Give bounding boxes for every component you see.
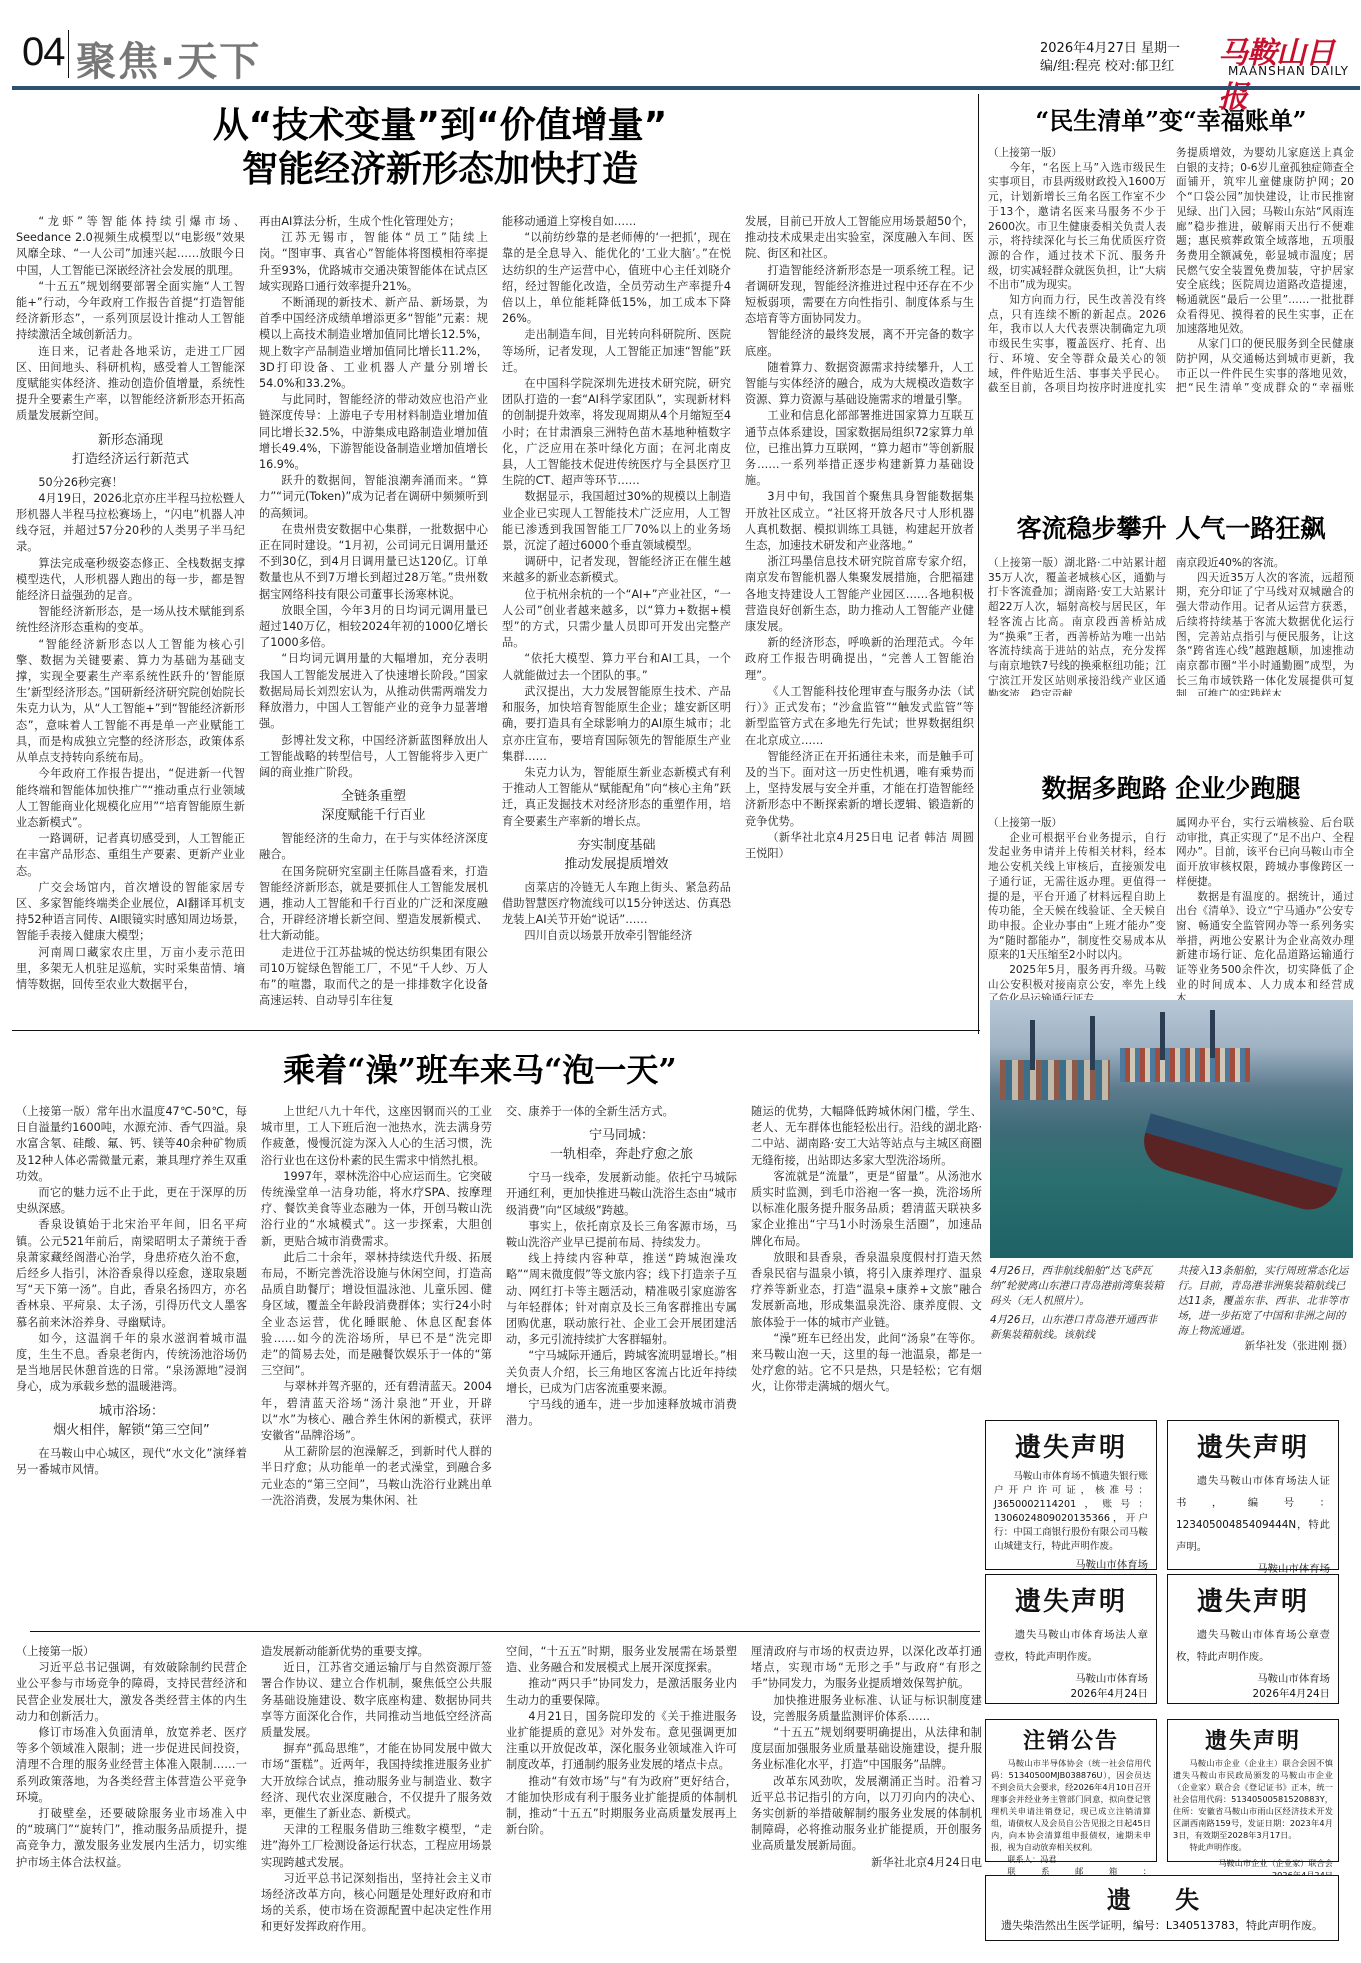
page-number-divider	[68, 30, 69, 78]
paragraph: 能移动通道上穿梭自如……	[502, 214, 731, 230]
paragraph: 属网办平台，实行云端核验、后台联动审批，真正实现了“足不出户、全程网办”。目前，…	[1176, 816, 1354, 890]
paragraph: 在贵州贵安数据中心集群，一批数据中心正在同时建设。“1月初，公司词元日调用量还不…	[259, 522, 488, 603]
paragraph: 如今，这温润千年的泉水滋润着城市温度，生生不息。香泉老街内，传统汤池浴场仍是当地…	[16, 1331, 247, 1396]
paragraph: 天津的工程服务借助三维数字模型，“走进”海外工厂检测设备运行状态，工程应用场景实…	[261, 1822, 492, 1871]
zao-col-3: 交、康养于一体的全新生活方式。 宁马同城： 一轨相牵，奔赴疗愈之旅 宁马一线牵，…	[506, 1104, 737, 1604]
shuju-col-1: （上接第一版） 企业可根据平台业务提示，自行发起业务申请并上传相关材料，经本地公…	[988, 816, 1166, 1016]
notice-title: 遗失声明	[1176, 1581, 1330, 1618]
paragraph: 宁马一线牵，发展新动能。依托宁马城际开通红利，更加快推进马鞍山洗浴生态由“城市级…	[506, 1170, 737, 1219]
caption-text: 4月26日，西非航线船舶“达飞萨瓦纳”轮驶离山东港口青岛港前湾集装箱码头（无人机…	[990, 1264, 1166, 1309]
notice-lost-2: 遗失声明 遗失马鞍山市体育场法人证书，编号：12340500485409444N…	[1167, 1420, 1339, 1570]
notice-signer: 马鞍山市企业（企业家）联合会	[1173, 1857, 1333, 1869]
paragraph: 打破壁垒，还要破除服务业市场准入中的“玻璃门”“旋转门”，推动服务品质提升，提高…	[16, 1806, 247, 1871]
paragraph: 四川自贡以场景开放牵引智能经济	[502, 928, 731, 944]
paragraph: 浙江玛墨信息技术研究院首席专家介绍，南京发布智能机器人集聚发展措施，合肥福建各地…	[745, 554, 974, 635]
continued-label: （上接第一版）	[988, 816, 1166, 831]
section-title: 聚焦·天下	[76, 30, 261, 87]
paragraph: 改革东风劲吹，发展潮涌正当时。沿着习近平总书记指引的方向，以刀刃向内的决心、务实…	[751, 1774, 982, 1855]
zao-body: （上接第一版）常年出水温度47℃-50℃，每日自溢量约1600吨，水源充沛、香气…	[16, 1104, 982, 1604]
byline: 新华社北京4月24日电	[751, 1855, 982, 1871]
paragraph: 推动“有效市场”与“有为政府”更好结合，才能加快形成有利于服务业扩能提质的体制机…	[506, 1774, 737, 1839]
paragraph: 交、康养于一体的全新生活方式。	[506, 1104, 737, 1120]
paragraph: 《人工智能科技伦理审查与服务办法（试行）》正式发布；“沙盒监管”“触发式监管”等…	[745, 684, 974, 749]
paragraph: 习近平总书记强调，有效破除制约民营企业公平参与市场竞争的障碍，支持民营经济和民营…	[16, 1660, 247, 1725]
paragraph: 智能经济正在开拓通往未来，而是触手可及的当下。面对这一历史性机遇，唯有乘势而上，…	[745, 749, 974, 830]
notice-signer: 马鞍山市体育场	[1176, 1672, 1330, 1687]
paragraph: 随运的优势，大幅降低跨城休闲门槛，学生、老人、无车群体也能轻松出行。沿线的湖北路…	[751, 1104, 982, 1169]
paragraph: 不断涌现的新技术、新产品、新场景，为首季中国经济成绩单增添更多“智能”元素：规模…	[259, 295, 488, 392]
paragraph: 今年政府工作报告提出，“促进新一代智能终端和智能体加快推广”“推动重点行业领域人…	[16, 766, 245, 831]
subhead: 新形态涌现 打造经济运行新范式	[16, 431, 245, 469]
section-divider	[30, 1631, 980, 1632]
keliu-headline: 客流稳步攀升 人气一路狂飙	[988, 512, 1354, 546]
paragraph: 宁马线的通车，进一步加速释放城市消费潜力。	[506, 1397, 737, 1429]
paragraph: 数据是有温度的。据统计，通过出台《清单》、设立“宁马通办”公安专窗、畅通安全监管…	[1176, 890, 1354, 1008]
paragraph: “智能经济新形态以人工智能为核心引擎、数据为关键要素、算力为基础为基础支撑，实现…	[16, 637, 245, 767]
shuju-col-2: 属网办平台，实行云端核验、后台联动审批，真正实现了“足不出户、全程网办”。目前，…	[1176, 816, 1354, 1016]
paragraph: 走进位于江苏盐城的悦达纺织集团有限公司10万锭绿色智能工厂，不见“千人纱、万人布…	[259, 945, 488, 1010]
paragraph: 与此同时，智能经济的带动效应也沿产业链深度传导：上游电子专用材料制造业增加值同比…	[259, 392, 488, 473]
paragraph: 习近平总书记深刻指出，坚持社会主义市场经济改革方向，核心问题是处理好政府和市场的…	[261, 1871, 492, 1936]
paragraph: 而它的魅力远不止于此，更在于深厚的历史纵深感。	[16, 1185, 247, 1217]
subhead-line: 打造经济运行新范式	[16, 450, 245, 469]
paragraph: 调研中，记者发现，智能经济正在催生越来越多的新业态新模式。	[502, 554, 731, 586]
paragraph: 智能经济的生命力，在于与实体经济深度融合。	[259, 831, 488, 863]
section-divider	[12, 1030, 980, 1031]
paragraph: 客流就是“流量”，更是“留量”。从汤池水质实时监测，到毛巾浴袍一客一换，洗浴场所…	[751, 1169, 982, 1250]
paragraph: 河南周口藏家农庄里，万亩小麦示范田里，多架无人机驻足巡航，实时采集苗情、墒情等数…	[16, 945, 245, 994]
notice-signer: 马鞍山市体育场	[994, 1672, 1148, 1687]
paragraph: 放眼和县香泉，香泉温泉度假村打造天然香泉民宿与温泉小镇，将引入康养理疗、温泉疗养…	[751, 1250, 982, 1331]
byline: （新华社北京4月25日电 记者 韩洁 周圆 王悦阳）	[745, 830, 974, 862]
paragraph: 彭博社发文称，中国经济新蓝图释放出人工智能战略的转型信号，人工智能将步入更广阔的…	[259, 733, 488, 782]
zao-col-1: （上接第一版）常年出水温度47℃-50℃，每日自溢量约1600吨，水源充沛、香气…	[16, 1104, 247, 1604]
paragraph: 从工薪阶层的泡澡解乏，到新时代人群的半日疗愈；从功能单一的老式澡堂，到融合多元业…	[261, 1444, 492, 1509]
notice-deregistration: 注销公告 马鞍山市半导体协会（统一社会信用代码：51340500MJB03887…	[985, 1719, 1157, 1862]
subhead: 夯实制度基础 推动发展提质增效	[502, 836, 731, 874]
paragraph: 务提质增效，为婴幼儿家庭送上真金白银的支持；0-6岁儿童孤独症筛查全面铺开，筑牢…	[1176, 146, 1354, 337]
notice-body: 马鞍山市企业（企业主）联合会因不慎遗失马鞍山市民政局颁发的马鞍山市企业（企业家）…	[1173, 1757, 1333, 1841]
paragraph: 近日，江苏省交通运输厅与自然资源厅签署合作协议、建立合作机制，聚焦低空公共服务基…	[261, 1660, 492, 1741]
paragraph: “依托大模型、算力平台和AI工具，一个人就能做过去一个团队的事。”	[502, 651, 731, 683]
notice-date: 2026年4月24日	[1176, 1687, 1330, 1702]
paragraph: 厘清政府与市场的权责边界，以深化改革打通堵点，实现市场“无形之手”与政府“有形之…	[751, 1644, 982, 1693]
paragraph: “宁马城际开通后，跨城客流明显增长。”相关负责人介绍，长三角地区客流占比近年持续…	[506, 1348, 737, 1397]
paragraph: 江苏无锡市，智能体“员工”陆续上岗。“图审事、真省心”智能体将图模相符率提升至9…	[259, 230, 488, 295]
minsheng-headline: “民生清单”变“幸福账单”	[988, 104, 1354, 138]
lead-headline: 从“技术变量”到“价值增量” 智能经济新形态加快打造	[140, 104, 740, 192]
paragraph: 空间，“十五五”时期，服务业发展需在场景塑造、业务融合和发展模式上展开深度探索。	[506, 1644, 737, 1676]
paragraph: 智能经济新形态，是一场从技术赋能到系统性经济形态重构的变革。	[16, 604, 245, 636]
paragraph: “龙虾”等智能体持续引爆市场、Seedance 2.0视频生成模型以“电影级”效…	[16, 214, 245, 279]
paragraph: 打造智能经济新形态是一项系统工程。记者调研发现，智能经济推进过程中还存在不少短板…	[745, 263, 974, 328]
paragraph: （上接第一版）常年出水温度47℃-50℃，每日自溢量约1600吨，水源充沛、香气…	[16, 1104, 247, 1185]
bottom-story-body: （上接第一版） 习近平总书记强调，有效破除制约民营企业公平参与市场竞争的障碍，支…	[16, 1644, 982, 1954]
notice-title: 遗失声明	[1173, 1724, 1333, 1755]
paragraph: 四天近35万人次的客流，远超预期，充分印证了宁马线对双城融合的强大带动作用。记者…	[1176, 571, 1354, 696]
paragraph: 1997年，翠林洗浴中心应运而生。它突破传统澡堂单一洁身功能，将水疗SPA、按摩…	[261, 1169, 492, 1250]
notice-contact: 联系人：冯君	[991, 1853, 1151, 1865]
container-stack	[1120, 1048, 1250, 1082]
subhead: 宁马同城： 一轨相牵，奔赴疗愈之旅	[506, 1126, 737, 1164]
notice-lost-3: 遗失声明 遗失马鞍山市体育场法人章壹枚，特此声明作废。 马鞍山市体育场 2026…	[985, 1574, 1157, 1704]
paragraph: “澡”班车已经出发，此间“汤泉”在等你。来马鞍山泡一天，这里的每一池温泉，都是一…	[751, 1331, 982, 1396]
paragraph: （上接第一版）湖北路·二中站累计超35万人次，覆盖老城核心区，通勤与打卡客流叠加…	[988, 556, 1166, 696]
paragraph: 发展，目前已开放人工智能应用场景超50个，推动技术成果走出实验室，深度融入车间、…	[745, 214, 974, 263]
paragraph: 上世纪八九十年代，这座因钢而兴的工业城市里，工人下班后泡一池热水，洗去满身劳作疲…	[261, 1104, 492, 1169]
continued-label: （上接第一版）	[988, 146, 1166, 161]
subhead-line: 城市浴场：	[16, 1402, 247, 1421]
notice-title: 遗失声明	[994, 1427, 1148, 1464]
paragraph: 企业可根据平台业务提示，自行发起业务申请并上传相关材料，经本地公安机关线上审核后…	[988, 831, 1166, 963]
port-crane	[1090, 1016, 1095, 1070]
subhead-line: 宁马同城：	[506, 1126, 737, 1145]
issue-meta: 2026年4月27日 星期一 编/组:程亮 校对:郁卫红	[1040, 40, 1180, 76]
notice-body: 马鞍山市半导体协会（统一社会信用代码：51340500MJB038876U），因…	[991, 1757, 1151, 1853]
lead-col-1: “龙虾”等智能体持续引爆市场、Seedance 2.0视频生成模型以“电影级”效…	[16, 214, 245, 1024]
paragraph: 走出制造车间，目光转向科研院所、医院等场所，记者发现，人工智能正加速“智能”跃迁…	[502, 327, 731, 376]
editor-credits: 编/组:程亮 校对:郁卫红	[1040, 58, 1180, 76]
bottom-col-3: 空间，“十五五”时期，服务业发展需在场景塑造、业务融合和发展模式上展开深度探索。…	[506, 1644, 737, 1954]
paragraph: 香泉设镇始于北宋治平年间，旧名平疴镇。公元521年前后，南梁昭明太子萧统于香泉萧…	[16, 1217, 247, 1330]
paragraph: 从家门口的便民服务到全民健康防护网，从交通畅达到城市更新，我市正以一件件民生实事…	[1176, 337, 1354, 396]
bottom-col-1: （上接第一版） 习近平总书记强调，有效破除制约民营企业公平参与市场竞争的障碍，支…	[16, 1644, 247, 1954]
notice-title: 注销公告	[991, 1724, 1151, 1755]
paragraph: 南京段近40%的客流。	[1176, 556, 1354, 571]
keliu-body: （上接第一版）湖北路·二中站累计超35万人次，覆盖老城核心区，通勤与打卡客流叠加…	[988, 556, 1354, 696]
lead-col-3: 能移动通道上穿梭自如…… “以前纺纱靠的是老师傅的‘一把抓’，现在靠的是全息导入…	[502, 214, 731, 1024]
paragraph: 算法完成毫秒级姿态修正、全栈数据支撑模型迭代，人形机器人跑出的每一步，都是智能经…	[16, 556, 245, 605]
paragraph: “日均词元调用量的大幅增加，充分表明我国人工智能发展进入了快速增长阶段。”国家数…	[259, 651, 488, 732]
bottom-col-2: 造发展新动能新优势的重要支撑。 近日，江苏省交通运输厅与自然资源厅签署合作协议、…	[261, 1644, 492, 1954]
notice-title: 遗失声明	[1176, 1427, 1330, 1464]
subhead-line: 推动发展提质增效	[502, 855, 731, 874]
paragraph: 推动“两只手”协同发力，是激活服务业内生动力的重要保障。	[506, 1676, 737, 1708]
paragraph: 一路调研，记者真切感受到，人工智能正在丰富产品形态、重组生产要素、更新产业业态。	[16, 831, 245, 880]
caption-text: 共接入13条船舶，实行周班常态化运行。目前，青岛港非洲集装箱航线已达11条，覆盖…	[1178, 1264, 1354, 1339]
notice-title: 遗失声明	[994, 1581, 1148, 1618]
port-crane	[1160, 1012, 1165, 1060]
paragraph: 此后二十余年，翠林持续迭代升级、拓展布局，不断完善洗浴设施与休闲空间，打造高品质…	[261, 1250, 492, 1380]
paragraph: 4月21日，国务院印发的《关于推进服务业扩能提质的意见》对外发布。意见强调更加注…	[506, 1709, 737, 1774]
notice-lost-5: 遗失声明 马鞍山市企业（企业主）联合会因不慎遗失马鞍山市民政局颁发的马鞍山市企业…	[1167, 1719, 1339, 1862]
paragraph: 武汉提出，大力发展智能原生技术、产品和服务，加快培育智能原生企业；雄安新区明确，…	[502, 684, 731, 765]
notice-date: 2026年4月24日	[994, 1687, 1148, 1702]
issue-date: 2026年4月27日 星期一	[1040, 40, 1180, 58]
port-crane	[1210, 1010, 1215, 1058]
paragraph: 数据显示，我国超过30%的规模以上制造业企业已实现人工智能技术广泛应用，人工智能…	[502, 489, 731, 554]
keliu-col-1: （上接第一版）湖北路·二中站累计超35万人次，覆盖老城核心区，通勤与打卡客流叠加…	[988, 556, 1166, 696]
paragraph: 广交会场馆内，首次增设的智能家居专区、多家智能终端类企业展位，AI翻译耳机支持5…	[16, 880, 245, 945]
paragraph: 再由AI算法分析，生成个性化管理处方；	[259, 214, 488, 230]
notice-body: 遗失马鞍山市体育场法人证书，编号：12340500485409444N，特此声明…	[1176, 1470, 1330, 1558]
subhead-line: 夯实制度基础	[502, 836, 731, 855]
photo-caption: 4月26日，西非航线船舶“达飞萨瓦纳”轮驶离山东港口青岛港前湾集装箱码头（无人机…	[990, 1264, 1353, 1354]
paragraph: 智能经济的最终发展，离不开完备的数字底座。	[745, 327, 974, 359]
port-crane	[1030, 1020, 1035, 1070]
subhead-line: 全链条重塑	[259, 787, 488, 806]
minsheng-col-1: （上接第一版） 今年，“名医上马”入选市级民生实事项目，市县两级财政投入1600…	[988, 146, 1166, 396]
paragraph: 在中国科学院深圳先进技术研究院，研究团队打造的一套“AI科学家团队”，实现新材料…	[502, 376, 731, 489]
subhead-line: 新形态涌现	[16, 431, 245, 450]
paragraph: 工业和信息化部部署推进国家算力互联互通节点体系建设，国家数据局组织72家算力单位…	[745, 408, 974, 489]
subhead: 城市浴场： 烟火相伴，解锁“第三空间”	[16, 1402, 247, 1440]
paragraph: 新的经济形态，呼唤新的治理范式。今年政府工作报告明确提出，“完善人工智能治理”。	[745, 635, 974, 684]
paragraph: 造发展新动能新优势的重要支撑。	[261, 1644, 492, 1660]
paragraph: “十五五”规划纲要部署全面实施“人工智能+”行动，今年政府工作报告首提“打造智能…	[16, 279, 245, 344]
paragraph: 朱克力认为，智能原生新业态新模式有利于推动人工智能从“赋能配角”向“核心主角”跃…	[502, 765, 731, 830]
keliu-col-2: 南京段近40%的客流。 四天近35万人次的客流，远超预期，充分印证了宁马线对双城…	[1176, 556, 1354, 696]
paragraph: 与翠林并驾齐驱的，还有碧清蓝天。2004年，碧清蓝天浴场“汤汁泉池”开业，开辟以…	[261, 1379, 492, 1444]
bottom-col-4: 厘清政府与市场的权责边界，以深化改革打通堵点，实现市场“无形之手”与政府“有形之…	[751, 1644, 982, 1954]
paragraph: 4月19日，2026北京亦庄半程马拉松暨人形机器人半程马拉松赛场上，“闪电”机器…	[16, 491, 245, 556]
paragraph: 加快推进服务业标准、认证与标识制度建设，完善服务质量监测评价体系……	[751, 1693, 982, 1725]
paragraph: 修订市场准入负面清单，放宽养老、医疗等多个领域准入限制；进一步促进民间投资，清理…	[16, 1725, 247, 1806]
subhead: 全链条重塑 深度赋能千行百业	[259, 787, 488, 825]
column-divider	[978, 94, 979, 1034]
paragraph: 在马鞍山中心城区，现代“水文化”演绎着另一番城市风情。	[16, 1446, 247, 1478]
subhead-line: 深度赋能千行百业	[259, 806, 488, 825]
minsheng-body: （上接第一版） 今年，“名医上马”入选市级民生实事项目，市县两级财政投入1600…	[988, 146, 1354, 396]
paragraph: 在国务院研究室副主任陈昌盛看来，打造智能经济新形态，就是要抓住人工智能发展机遇，…	[259, 864, 488, 945]
notice-lost-wide: 遗 失 遗失柴浩然出生医学证明，编号：L340513783，特此声明作废。	[985, 1875, 1339, 1941]
paragraph: “十五五”规划纲要明确提出，从法律和制度层面加强服务业质量基础设施建设，提升服务…	[751, 1725, 982, 1774]
paragraph: 知方向而力行，民生改善没有终点，只有连续不断的新起点。2026年，我市以人大代表…	[988, 293, 1166, 396]
photo-credit: 新华社发（张进刚 摄）	[1178, 1339, 1354, 1354]
notice-body: 遗失柴浩然出生医学证明，编号：L340513783，特此声明作废。	[994, 1917, 1330, 1933]
cargo-ship	[1137, 1113, 1343, 1216]
notice-body: 马鞍山市体育场不慎遗失银行账户开户许可证，核准号：J3650002114201，…	[994, 1470, 1148, 1554]
lead-headline-line2: 智能经济新形态加快打造	[140, 148, 740, 192]
minsheng-col-2: 务提质增效，为婴幼儿家庭送上真金白银的支持；0-6岁儿童孤独症筛查全面铺开，筑牢…	[1176, 146, 1354, 396]
notice-lost-1: 遗失声明 马鞍山市体育场不慎遗失银行账户开户许可证，核准号：J365000211…	[985, 1420, 1157, 1570]
continued-label: （上接第一版）	[16, 1644, 247, 1660]
paragraph: 事实上，依托南京及长三角客源市场，马鞍山洗浴产业早已提前布局、持续发力。	[506, 1219, 737, 1251]
paragraph: 卤菜店的冷链无人车跑上街头、紧急药品借助智慧医疗物流线可以15分钟送达、仿真恐龙…	[502, 880, 731, 929]
page-number: 04	[22, 30, 65, 75]
paragraph: 今年，“名医上马”入选市级民生实事项目，市县两级财政投入1600万元，计划新增长…	[988, 161, 1166, 293]
notice-body: 遗失马鞍山市体育场公章壹枚，特此声明作废。	[1176, 1624, 1330, 1668]
subhead-line: 一轨相牵，奔赴疗愈之旅	[506, 1145, 737, 1164]
newspaper-logo-english: MAANSHAN DAILY	[1228, 64, 1349, 78]
notice-body: 遗失马鞍山市体育场法人章壹枚，特此声明作废。	[994, 1624, 1148, 1668]
zao-col-2: 上世纪八九十年代，这座因钢而兴的工业城市里，工人下班后泡一池热水，洗去满身劳作疲…	[261, 1104, 492, 1604]
notice-lost-4: 遗失声明 遗失马鞍山市体育场公章壹枚，特此声明作废。 马鞍山市体育场 2026年…	[1167, 1574, 1339, 1704]
caption-text: 4月26日，山东港口青岛港开通西非新集装箱航线。该航线	[990, 1313, 1166, 1343]
lead-story-body: “龙虾”等智能体持续引爆市场、Seedance 2.0视频生成模型以“电影级”效…	[16, 214, 974, 1024]
notice-body: 特此声明作废。	[1173, 1841, 1333, 1853]
paragraph: 50分26秒完赛！	[16, 475, 245, 491]
zao-col-4: 随运的优势，大幅降低跨城休闲门槛，学生、老人、无车群体也能轻松出行。沿线的湖北路…	[751, 1104, 982, 1604]
notice-signer: 马鞍山市体育场	[994, 1558, 1148, 1573]
paragraph: 摒弃“孤岛思维”，才能在协同发展中做大市场“蛋糕”。近两年，我国持续推进服务业扩…	[261, 1741, 492, 1822]
notice-title: 遗 失	[994, 1880, 1330, 1915]
paragraph: 随着算力、数据资源需求持续攀升，人工智能与实体经济的融合，成为大规模改造数字资源…	[745, 360, 974, 409]
shuju-headline: 数据多跑路 企业少跑腿	[988, 772, 1354, 806]
paragraph: 3月中旬，我国首个聚焦具身智能数据集开放社区成立。“社区将开放各尺寸人形机器人真…	[745, 489, 974, 554]
paragraph: 线上持续内容种草，推送“跨城泡澡攻略”“周末微度假”等文旅内容；线下打造亲子互动…	[506, 1251, 737, 1348]
shuju-body: （上接第一版） 企业可根据平台业务提示，自行发起业务申请并上传相关材料，经本地公…	[988, 816, 1354, 1016]
lead-headline-line1: 从“技术变量”到“价值增量”	[140, 104, 740, 148]
caption-left: 4月26日，西非航线船舶“达飞萨瓦纳”轮驶离山东港口青岛港前湾集装箱码头（无人机…	[990, 1264, 1166, 1354]
paragraph: 放眼全国，今年3月的日均词元调用量已超过140万亿，相较2024年初的1000亿…	[259, 603, 488, 652]
paragraph: 跃升的数据间，智能浪潮奔涌而来。“算力”“词元(Token)”成为记者在调研中频…	[259, 473, 488, 522]
port-photo	[990, 1000, 1353, 1258]
zao-headline: 乘着“澡”班车来马“泡一天”	[200, 1048, 760, 1092]
masthead-rule	[12, 86, 1360, 90]
caption-right: 共接入13条船舶，实行周班常态化运行。目前，青岛港非洲集装箱航线已达11条，覆盖…	[1178, 1264, 1354, 1354]
paragraph: “以前纺纱靠的是老师傅的‘一把抓’，现在靠的是全息导入、能优化的‘工业大脑’。”…	[502, 230, 731, 327]
paragraph: 位于杭州余杭的一个“AI+”产业社区，“一人公司”创业者越来越多，以“算力+数据…	[502, 587, 731, 652]
lead-col-4: 发展，目前已开放人工智能应用场景超50个，推动技术成果走出实验室，深度融入车间、…	[745, 214, 974, 1024]
lead-col-2: 再由AI算法分析，生成个性化管理处方； 江苏无锡市，智能体“员工”陆续上岗。“图…	[259, 214, 488, 1024]
paragraph: 连日来，记者赴各地采访，走进工厂园区、田间地头、科研机构，感受着人工智能深度赋能…	[16, 344, 245, 425]
subhead-line: 烟火相伴，解锁“第三空间”	[16, 1421, 247, 1440]
